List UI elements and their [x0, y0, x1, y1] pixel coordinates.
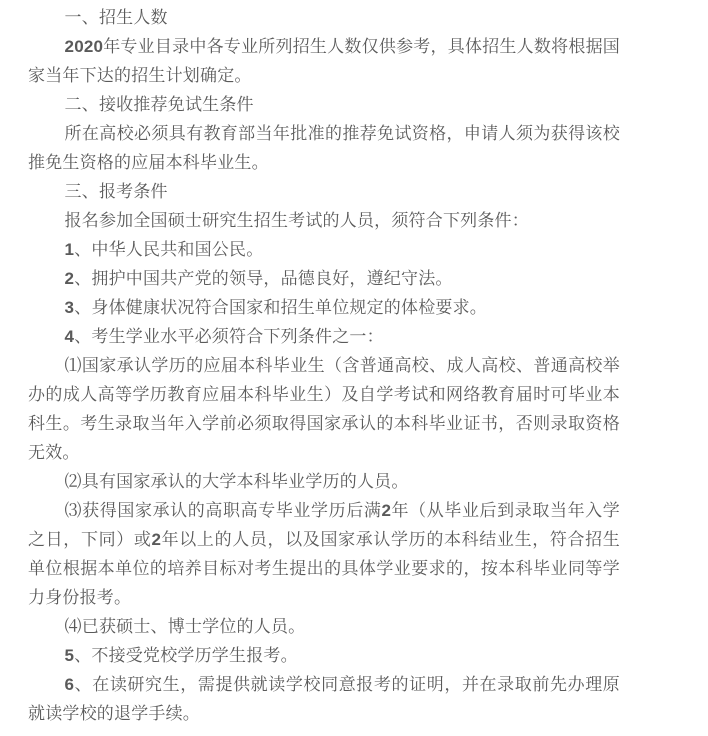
list-item-1-citizenship: 1、中华人民共和国公民。	[28, 235, 620, 264]
sub-item-3-junior-college-graduates: ⑶获得国家承认的高职高专毕业学历后满2年（从毕业后到录取当年入学之日，下同）或2…	[28, 496, 620, 612]
list-item-5-party-school: 5、不接受党校学历学生报考。	[28, 641, 620, 670]
section-heading-enrollment-numbers: 一、招生人数	[28, 3, 620, 32]
sub-item-4-master-doctor-holders: ⑷已获硕士、博士学位的人员。	[28, 612, 620, 641]
sub-item-1-fresh-graduates: ⑴国家承认学历的应届本科毕业生（含普通高校、成人高校、普通高校举办的成人高等学历…	[28, 351, 620, 467]
paragraph-recommended-exemption: 所在高校必须具有教育部当年批准的推荐免试资格，申请人须为获得该校推免生资格的应届…	[28, 119, 620, 177]
document-page: { "page": { "background": "#ffffff", "te…	[0, 0, 708, 736]
document-body: 一、招生人数 2020年专业目录中各专业所列招生人数仅供参考，具体招生人数将根据…	[0, 0, 708, 728]
section-heading-application-conditions: 三、报考条件	[28, 177, 620, 206]
list-item-6-current-grad-students: 6、在读研究生，需提供就读学校同意报考的证明，并在录取前先办理原就读学校的退学手…	[28, 670, 620, 728]
list-item-3-health-requirement: 3、身体健康状况符合国家和招生单位规定的体检要求。	[28, 293, 620, 322]
list-item-4-academic-level: 4、考生学业水平必须符合下列条件之一：	[28, 322, 620, 351]
paragraph-application-intro: 报名参加全国硕士研究生招生考试的人员，须符合下列条件：	[28, 206, 620, 235]
section-heading-recommended-exemption: 二、接收推荐免试生条件	[28, 90, 620, 119]
list-item-2-party-support: 2、拥护中国共产党的领导，品德良好，遵纪守法。	[28, 264, 620, 293]
sub-item-2-bachelor-holders: ⑵具有国家承认的大学本科毕业学历的人员。	[28, 467, 620, 496]
paragraph-enrollment-numbers: 2020年专业目录中各专业所列招生人数仅供参考，具体招生人数将根据国家当年下达的…	[28, 32, 620, 90]
